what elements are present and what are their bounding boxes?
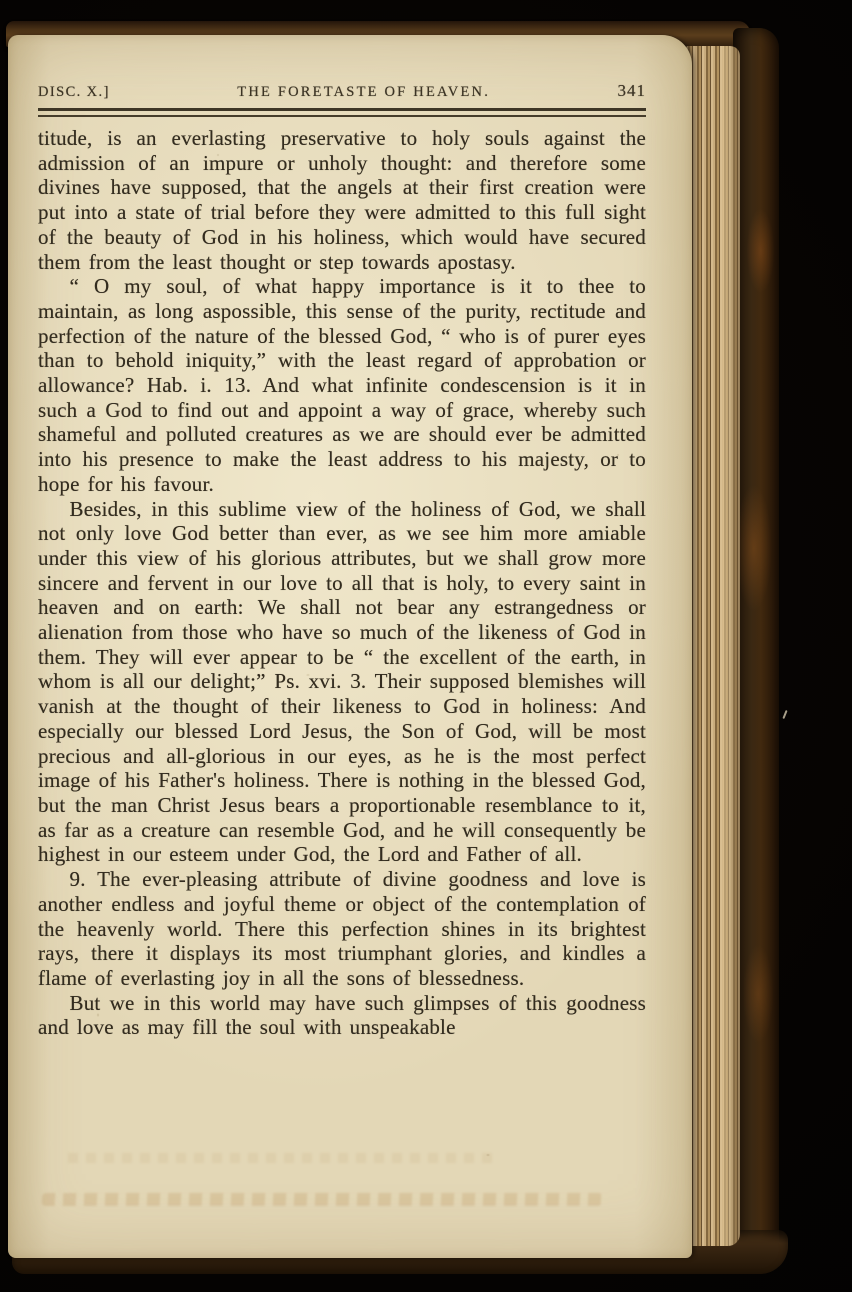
body-paragraph: 9. The ever-pleasing attribute of divine… <box>38 867 646 991</box>
body-paragraph: Besides, in this sublime view of the hol… <box>38 497 646 868</box>
header-title: THE FORETASTE OF HEAVEN. <box>110 84 618 101</box>
show-through-ghost-text <box>42 1193 603 1206</box>
header-double-rule <box>38 108 646 117</box>
book-page: DISC. X.] THE FORETASTE OF HEAVEN. 341 t… <box>8 35 692 1258</box>
header-section-label: DISC. X.] <box>38 84 110 101</box>
body-paragraph: “ O my soul, of what happy importance is… <box>38 274 646 496</box>
show-through-ghost-text <box>68 1153 498 1163</box>
margin-scratch-mark <box>782 710 787 719</box>
page-fore-edge-stack <box>686 46 740 1246</box>
running-header: DISC. X.] THE FORETASTE OF HEAVEN. 341 <box>38 81 646 101</box>
page-body-text: titude, is an everlasting preservative t… <box>38 126 646 1040</box>
book-photograph: DISC. X.] THE FORETASTE OF HEAVEN. 341 t… <box>0 0 852 1292</box>
header-page-number: 341 <box>618 81 647 101</box>
body-paragraph: titude, is an everlasting preservative t… <box>38 126 646 274</box>
body-paragraph: But we in this world may have such glimp… <box>38 991 646 1040</box>
page-content-area: DISC. X.] THE FORETASTE OF HEAVEN. 341 t… <box>8 35 692 1040</box>
